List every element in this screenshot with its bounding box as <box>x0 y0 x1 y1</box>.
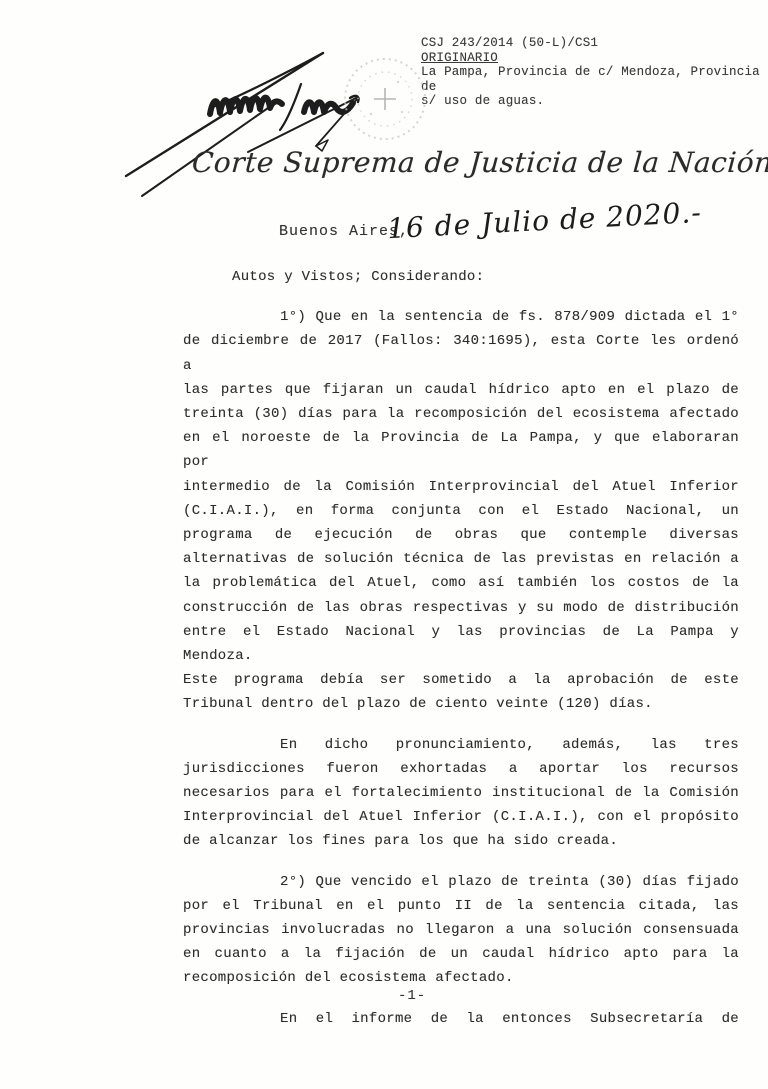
text-line: necesarios para el fortalecimiento insti… <box>183 781 739 805</box>
text-line: 1°) Que en la sentencia de fs. 878/909 d… <box>183 305 739 329</box>
text-line: Interprovincial del Atuel Inferior (C.I.… <box>183 805 739 829</box>
paragraph: En dicho pronunciamiento, además, las tr… <box>183 733 739 854</box>
text-line: en cuanto a la fijación de un caudal híd… <box>183 942 739 966</box>
text-line: provincias involucradas no llegaron a un… <box>183 918 739 942</box>
text-line: 2°) Que vencido el plazo de treinta (30)… <box>183 870 739 894</box>
opening-line: Autos y Vistos; Considerando: <box>183 265 739 289</box>
text-line: En el informe de la entonces Subsecretar… <box>183 1007 739 1031</box>
court-letterhead-title: Corte Suprema de Justicia de la Nación <box>191 146 768 179</box>
paragraph: 1°) Que en la sentencia de fs. 878/909 d… <box>183 305 739 716</box>
document-paragraphs: 1°) Que en la sentencia de fs. 878/909 d… <box>183 305 739 1031</box>
text-line: treinta (30) días para la recomposición … <box>183 402 739 426</box>
text-line: de alcanzar los fines para los que ha si… <box>183 829 739 853</box>
case-header: CSJ 243/2014 (50-L)/CS1 ORIGINARIO La Pa… <box>421 36 768 109</box>
document-page: CSJ 243/2014 (50-L)/CS1 ORIGINARIO La Pa… <box>0 0 768 1089</box>
court-seal-icon <box>338 52 432 146</box>
text-line: Tribunal dentro del plazo de ciento vein… <box>183 692 739 716</box>
case-number: CSJ 243/2014 (50-L)/CS1 <box>421 36 768 51</box>
paragraph: En el informe de la entonces Subsecretar… <box>183 1007 739 1031</box>
text-line: las partes que fijaran un caudal hídrico… <box>183 378 739 402</box>
text-line: Este programa debía ser sometido a la ap… <box>183 668 739 692</box>
text-line: la problemática del Atuel, como así tamb… <box>183 571 739 595</box>
text-line: En dicho pronunciamiento, además, las tr… <box>183 733 739 757</box>
document-body: Autos y Vistos; Considerando: 1°) Que en… <box>183 265 739 1031</box>
page-number: -1- <box>398 988 426 1004</box>
text-line: alternativas de solución técnica de las … <box>183 547 739 571</box>
text-line: intermedio de la Comisión Interprovincia… <box>183 475 739 499</box>
text-line: jurisdicciones fueron exhortadas a aport… <box>183 757 739 781</box>
text-line: programa de ejecución de obras que conte… <box>183 523 739 547</box>
text-line: recomposición del ecosistema afectado. <box>183 966 739 990</box>
paragraph: 2°) Que vencido el plazo de treinta (30)… <box>183 870 739 991</box>
text-line: en el noroeste de la Provincia de La Pam… <box>183 426 739 474</box>
text-line: de diciembre de 2017 (Fallos: 340:1695),… <box>183 329 739 377</box>
case-type-label: ORIGINARIO <box>421 51 768 66</box>
dateline: Buenos Aires, 16 de Julio de 2020.- <box>279 222 409 240</box>
text-line: (C.I.A.I.), en forma conjunta con el Est… <box>183 499 739 523</box>
case-caption-line2: s/ uso de aguas. <box>421 94 768 109</box>
text-line: construcción de las obras respectivas y … <box>183 596 739 620</box>
case-caption-line1: La Pampa, Provincia de c/ Mendoza, Provi… <box>421 65 768 94</box>
text-line: entre el Estado Nacional y las provincia… <box>183 620 739 668</box>
text-line: por el Tribunal en el punto II de la sen… <box>183 894 739 918</box>
